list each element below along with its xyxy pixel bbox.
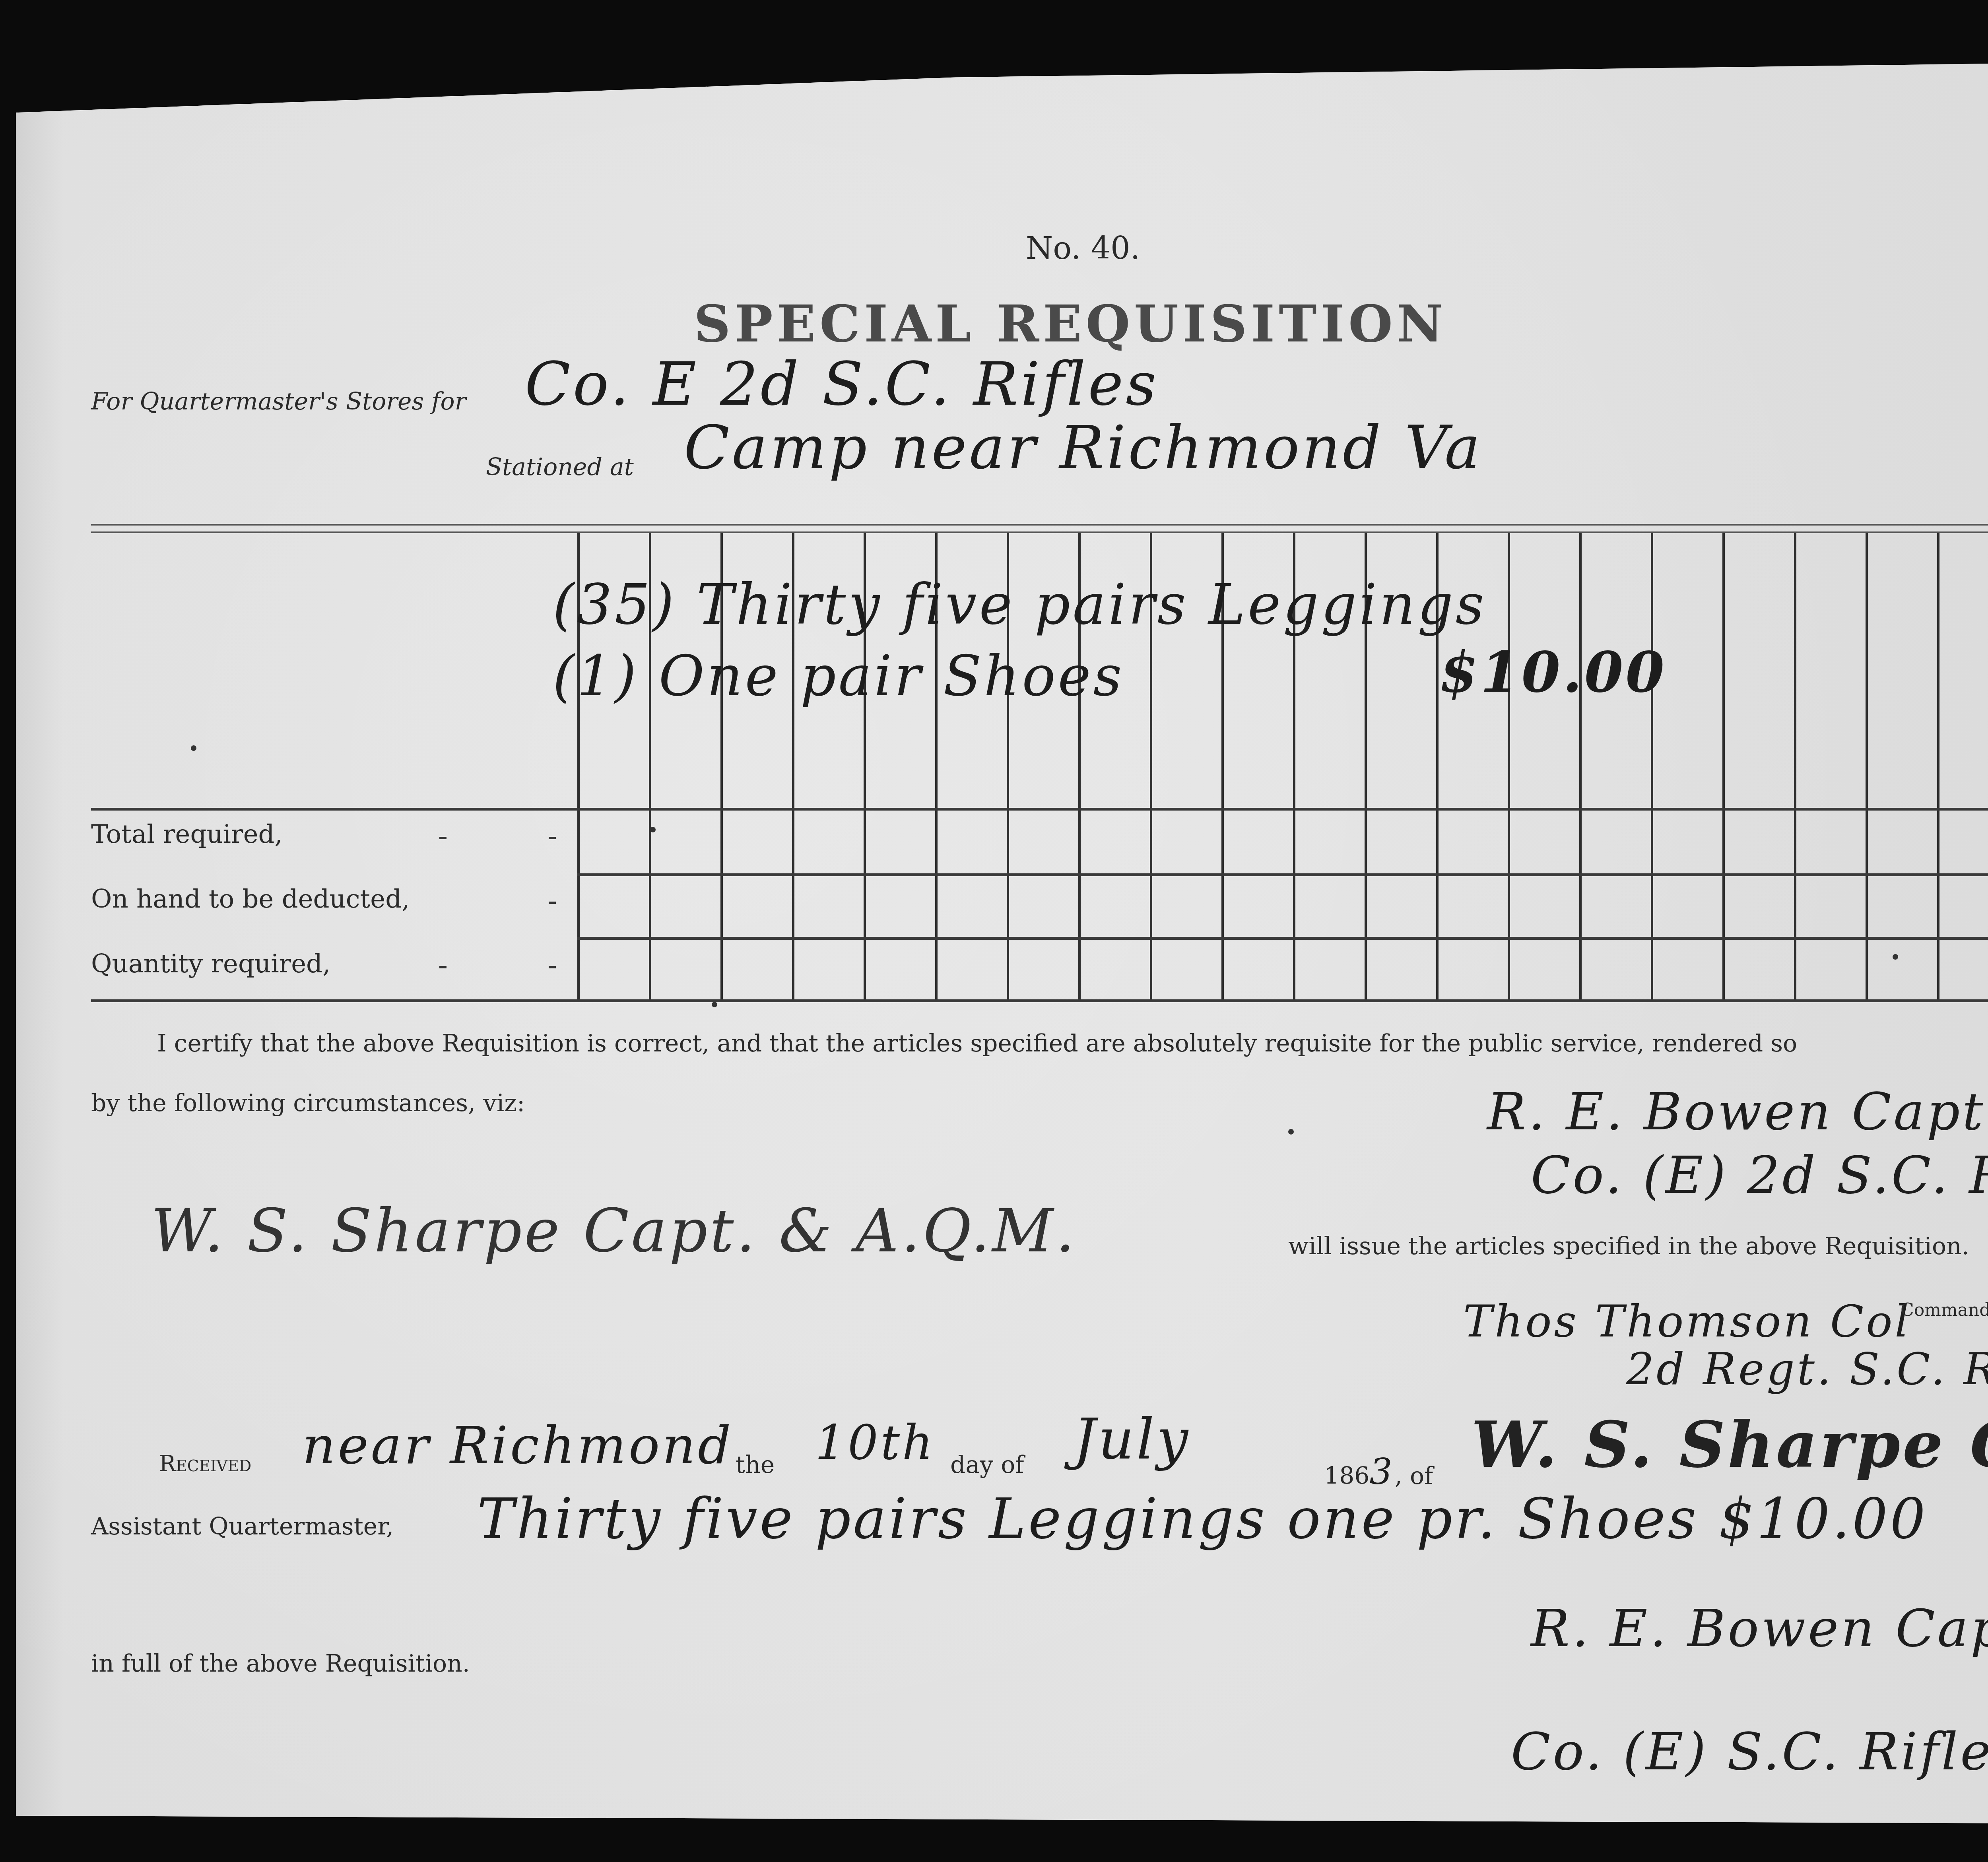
received-articles: Thirty five pairs Leggings one pr. Shoes… <box>477 1487 1928 1552</box>
of-label: , of <box>1395 1462 1433 1490</box>
received-month: July <box>1074 1407 1190 1472</box>
in-full-label: in full of the above Requisition. <box>91 1650 470 1678</box>
item-quantity: (35) <box>553 572 676 637</box>
stores-for-value: Co. E 2d S.C. Rifles <box>525 350 1159 419</box>
item-description: Thirty five pairs Leggings <box>697 572 1487 637</box>
ink-speck <box>1288 1129 1294 1135</box>
quantity-required-label: Quantity required, <box>91 949 330 979</box>
leader-dash <box>549 837 556 839</box>
stationed-at-value: Camp near Richmond Va <box>684 413 1483 483</box>
issue-order-text: will issue the articles specified in the… <box>1288 1232 1969 1260</box>
commander-signature: Thos Thomson Col <box>1463 1296 1911 1347</box>
leader-dash <box>439 837 447 839</box>
item-quantity: (1) <box>553 644 639 709</box>
the-label: the <box>736 1451 775 1479</box>
commanding-label: Commanding, <box>1901 1300 1988 1320</box>
ink-speck <box>712 1002 717 1007</box>
receipt-signature-unit: Co. (E) S.C. Rifles <box>1511 1721 1988 1782</box>
issuing-officer-name: W. S. Sharpe Capt. & A.Q.M. <box>151 1197 1077 1266</box>
receipt-signature: R. E. Bowen Capt. Comdg. <box>1531 1598 1988 1658</box>
commander-unit: 2d Regt. S.C. Rifles <box>1626 1344 1988 1395</box>
table-bottom-rule <box>91 999 1988 1002</box>
received-place: near Richmond <box>302 1415 733 1476</box>
leader-dash <box>549 966 556 968</box>
form-number: No. 40. <box>1026 231 1140 266</box>
leader-dash <box>439 966 447 968</box>
certification-text-line1: I certify that the above Requisition is … <box>157 1030 1797 1057</box>
item-row: (35) Thirty five pairs Leggings <box>553 572 1487 637</box>
onhand-rule <box>577 873 1988 876</box>
aqm-label: Assistant Quartermaster, <box>91 1513 394 1540</box>
ink-speck <box>650 827 656 832</box>
certification-text-line2: by the following circumstances, viz: <box>91 1089 525 1117</box>
top-rule-1 <box>91 524 1988 526</box>
item-row: (1) One pair Shoes <box>553 644 1124 709</box>
quantity-rule <box>577 937 1988 940</box>
receipt-from-officer: W. S. Sharpe Capt. & <box>1471 1407 1988 1482</box>
year-prefix: 186 <box>1324 1462 1370 1490</box>
item-description: One pair Shoes <box>659 644 1124 709</box>
certifying-officer-signature: R. E. Bowen Capt. Comdg. <box>1487 1081 1988 1142</box>
ink-speck <box>191 745 196 751</box>
on-hand-label: On hand to be deducted, <box>91 884 410 914</box>
ink-speck <box>1893 954 1898 960</box>
total-required-label: Total required, <box>91 820 283 849</box>
leader-dash <box>549 902 556 904</box>
certifying-officer-unit: Co. (E) 2d S.C. Rifles <box>1531 1145 1988 1205</box>
form-title: SPECIAL REQUISITION <box>694 294 1447 354</box>
stationed-at-label: Stationed at <box>486 453 634 481</box>
total-rule <box>91 808 1988 811</box>
stores-for-label: For Quartermaster's Stores for <box>91 388 466 415</box>
item-amount: $10.00 <box>1439 640 1667 705</box>
day-of-label: day of <box>950 1451 1024 1479</box>
received-label: Received <box>159 1451 251 1477</box>
top-rule-2 <box>91 531 1988 533</box>
received-day: 10th <box>815 1415 935 1470</box>
